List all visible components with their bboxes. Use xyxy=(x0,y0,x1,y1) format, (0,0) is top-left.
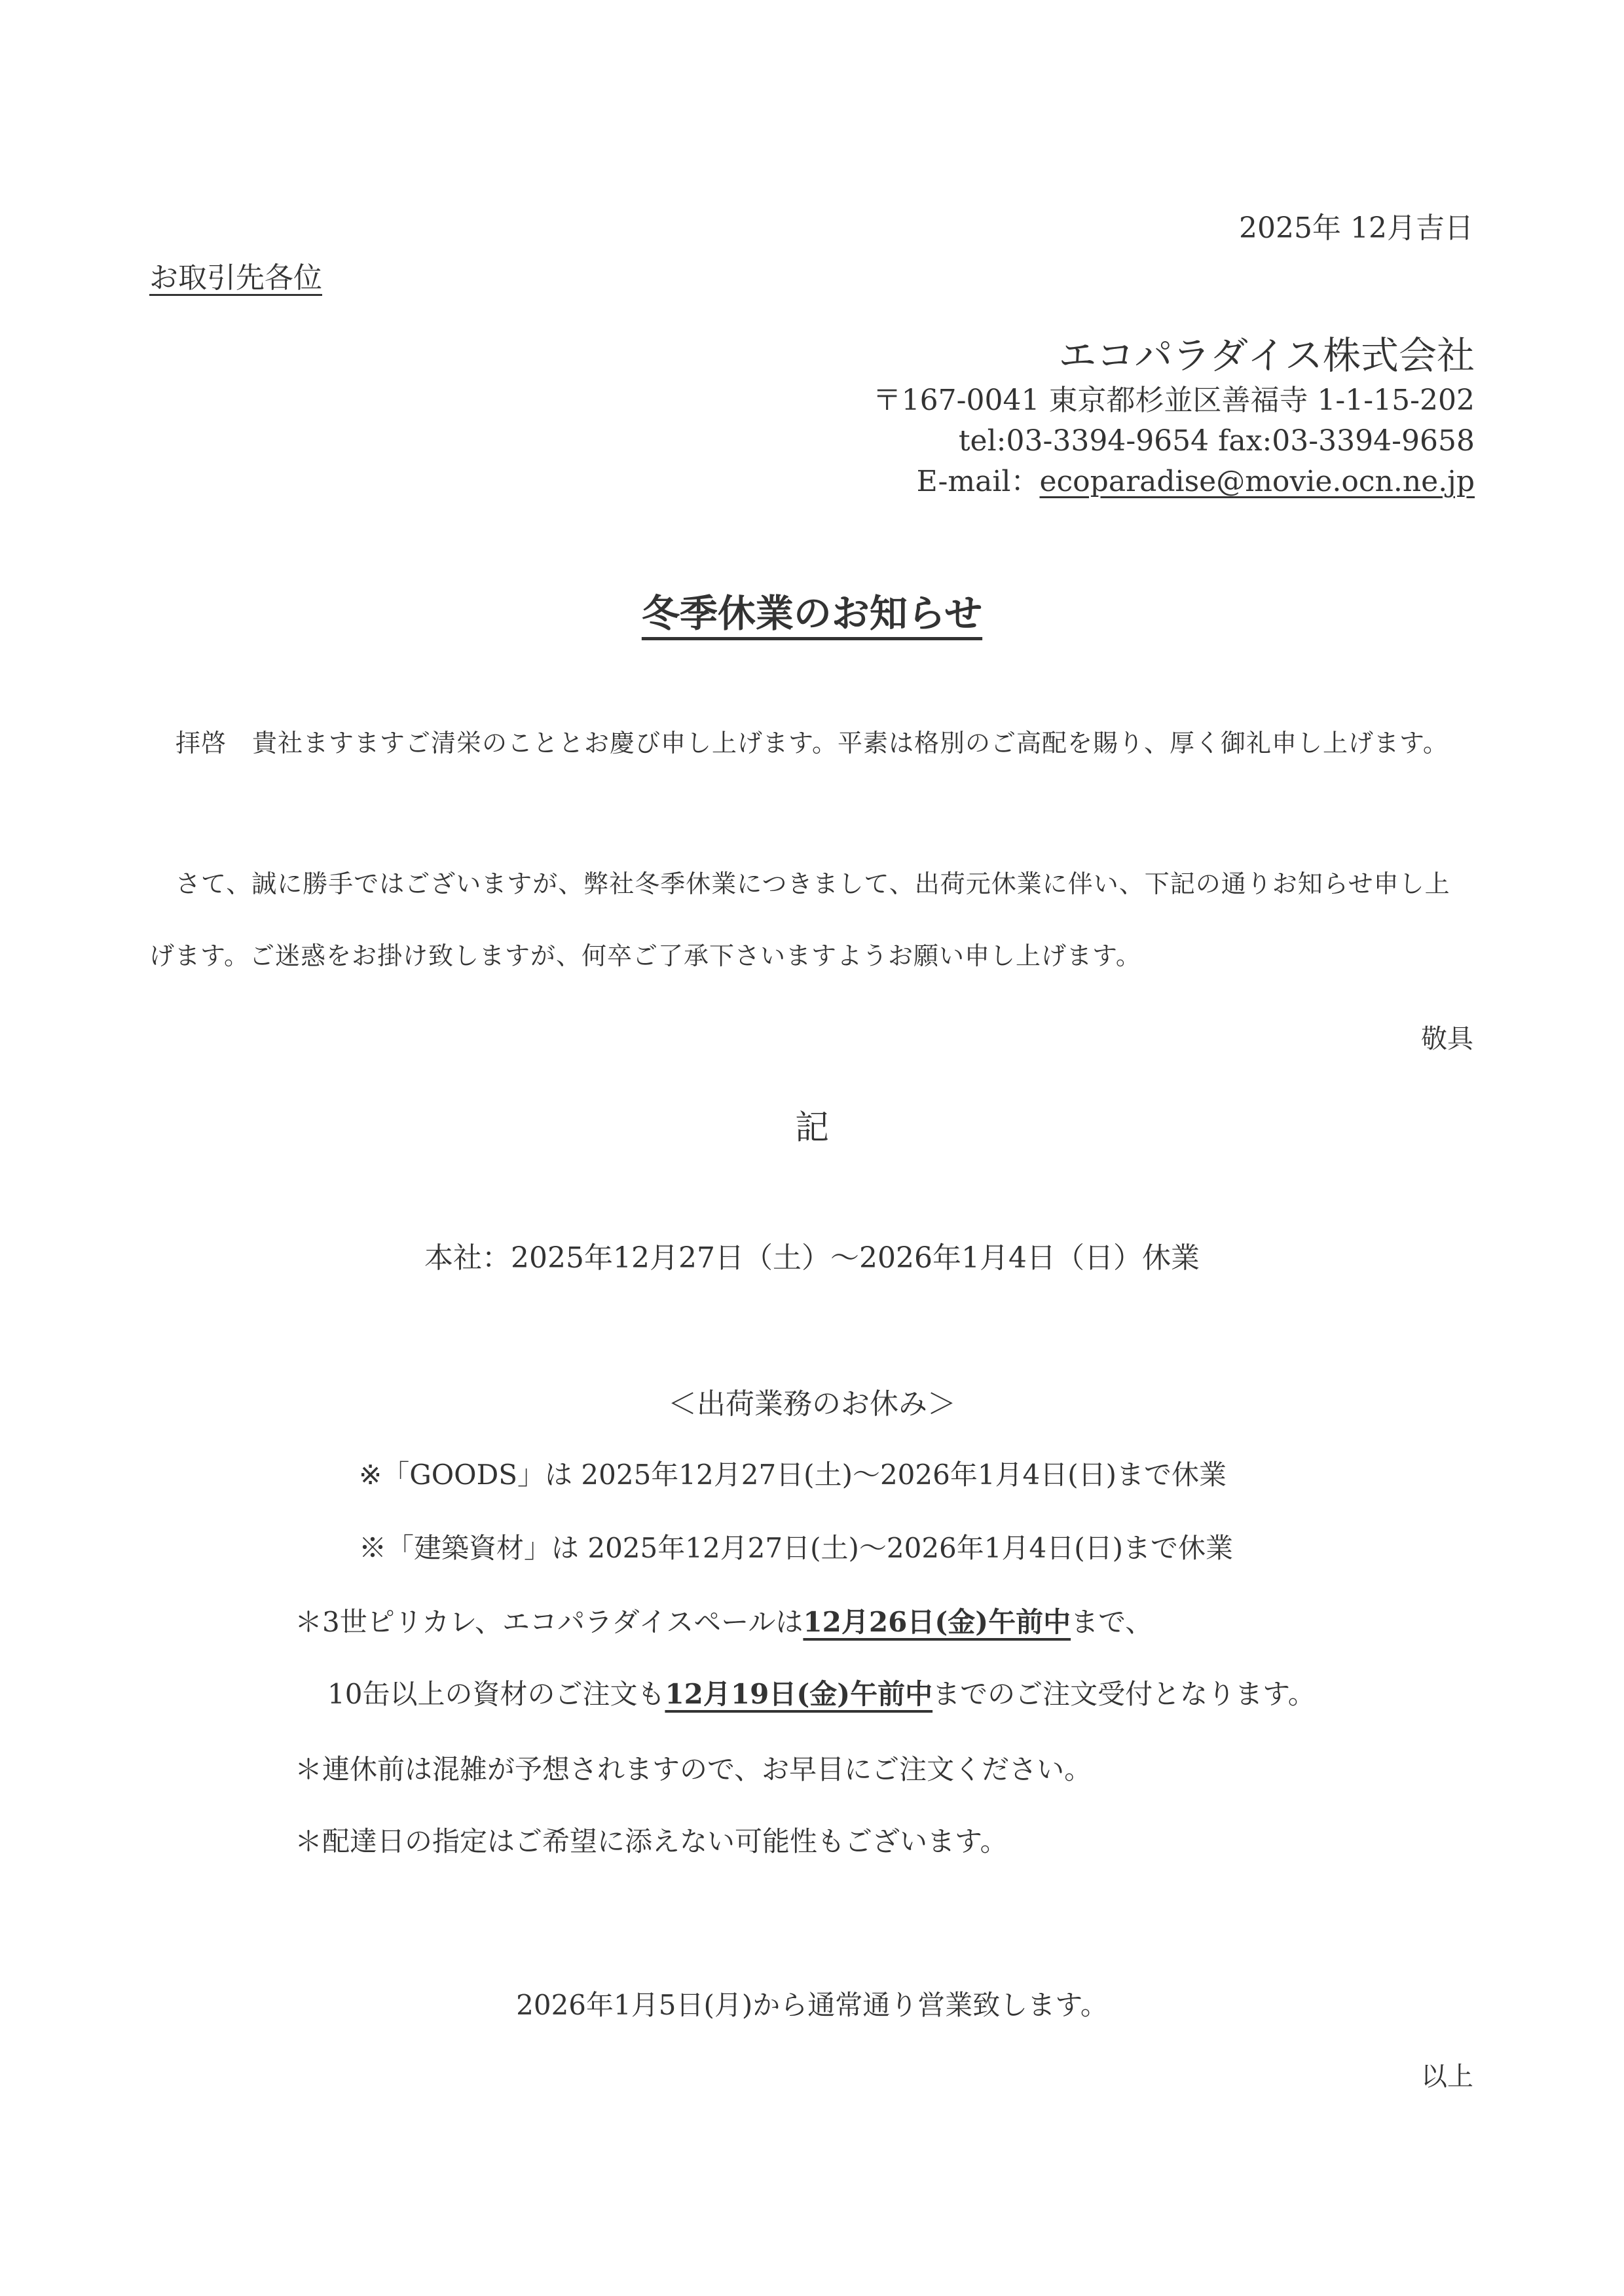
notice-building-materials: ※「建築資材」は 2025年12月27日(土)～2026年1月4日(日)まで休業 xyxy=(359,1527,1233,1566)
company-info-block: エコパラダイス株式会社 〒167-0041 東京都杉並区善福寺 1-1-15-2… xyxy=(873,331,1475,502)
company-email-line: E-mail：ecoparadise@movie.ocn.ne.jp xyxy=(873,462,1475,502)
notice-pirikare-deadline: ＊3世ピリカレ、エコパラダイスペールは12月26日(金)午前中まで、 xyxy=(295,1601,1153,1640)
notice-prefix: 10缶以上の資材のご注文も xyxy=(327,1678,665,1710)
email-label: E-mail： xyxy=(917,465,1040,498)
closing-keigu: 敬具 xyxy=(1421,1018,1473,1055)
notice-goods: ※「GOODS」は 2025年12月27日(土)～2026年1月4日(日)まで休… xyxy=(359,1453,1227,1493)
company-phone-fax: tel:03-3394-9654 fax:03-3394-9658 xyxy=(873,421,1475,462)
deadline-emphasis: 12月26日(金)午前中 xyxy=(803,1606,1071,1638)
ki-heading: 記 xyxy=(0,1100,1624,1149)
document-title: 冬季休業のお知らせ xyxy=(642,591,982,636)
notice-suffix: まで、 xyxy=(1071,1606,1153,1638)
notice-prefix: ＊3世ピリカレ、エコパラダイスペールは xyxy=(295,1606,803,1638)
greeting-paragraph: 拝啓 貴社ますますご清栄のこととお慶び申し上げます。平素は格別のご高配を賜り、厚… xyxy=(149,707,1475,779)
business-resume: 2026年1月5日(月)から通常通り営業致します。 xyxy=(0,1984,1624,2023)
document-date: 2025年 12月吉日 xyxy=(1239,204,1473,246)
notice-suffix: までのご注文受付となります。 xyxy=(932,1678,1316,1710)
head-office-holiday: 本社：2025年12月27日（土）～2026年1月4日（日）休業 xyxy=(0,1234,1624,1276)
notice-bulk-order-deadline: 10缶以上の資材のご注文も12月19日(金)午前中までのご注文受付となります。 xyxy=(327,1673,1316,1712)
notice-early-order: ＊連休前は混雑が予想されますので、お早目にご注文ください。 xyxy=(295,1748,1092,1787)
deadline-emphasis: 12月19日(金)午前中 xyxy=(665,1678,932,1710)
shipping-holiday-heading: ＜出荷業務のお休み＞ xyxy=(0,1380,1624,1422)
recipient-salutation: お取引先各位 xyxy=(149,254,322,296)
company-name: エコパラダイス株式会社 xyxy=(873,331,1475,380)
company-address: 〒167-0041 東京都杉並区善福寺 1-1-15-202 xyxy=(873,380,1475,421)
document-title-wrap: 冬季休業のお知らせ xyxy=(0,583,1624,638)
closing-ijou: 以上 xyxy=(1421,2056,1473,2093)
notice-paragraph: さて、誠に勝手ではございますが、弊社冬季休業につきまして、出荷元休業に伴い、下記… xyxy=(149,848,1475,992)
email-link[interactable]: ecoparadise@movie.ocn.ne.jp xyxy=(1040,465,1475,498)
notice-delivery-date: ＊配達日の指定はご希望に添えない可能性もございます。 xyxy=(295,1820,1008,1859)
